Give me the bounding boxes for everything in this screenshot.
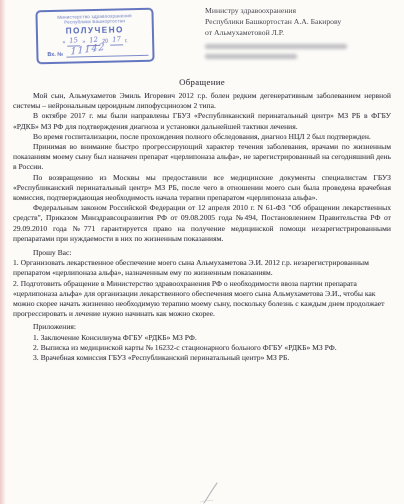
attachment-item: 3. Врачебная комиссия ГБУЗ «Республиканс… (13, 353, 391, 363)
stamp-handwritten-year: 17 (112, 36, 122, 43)
stamp-in-label: Вх. № (47, 52, 63, 58)
signature-stroke (186, 482, 246, 504)
body-paragraph: В октябре 2017 г. мы были направлены ГБУ… (13, 111, 391, 131)
body-paragraph: Принимая во внимание быстро прогрессирую… (13, 142, 391, 173)
attachment-item: 1. Заключение Консилиума ФГБУ «РДКБ» МЗ … (13, 333, 391, 343)
recipient-block: Министру здравоохранения Республики Башк… (205, 5, 347, 59)
received-stamp: Министерство здравоохранения Республики … (35, 8, 154, 64)
recipient-line1: Министру здравоохранения (205, 5, 347, 16)
request-item: 2. Подготовить обращение в Министерство … (13, 279, 391, 320)
attachment-item: 2. Выписка из медицинской карты № 16232-… (13, 343, 391, 353)
scan-edge-artifact (0, 0, 6, 504)
stamp-received-label: ПОЛУЧЕНО (42, 25, 148, 36)
stamp-number-row: Вх. № 11142 (42, 47, 148, 58)
letter-body: Мой сын, Альмухаметов Эмиль Игоревич 201… (13, 91, 391, 363)
body-paragraph: Федеральным законом Российской Федерации… (13, 203, 391, 244)
body-paragraph: По возвращению из Москвы мы предоставили… (13, 173, 391, 204)
body-paragraph: Во время госпитализации, после прохожден… (13, 132, 391, 142)
letter-title: Обращение (0, 77, 404, 87)
request-item: 1. Организовать лекарственное обеспечени… (13, 258, 391, 278)
redacted-contact-line (205, 54, 297, 59)
stamp-handwritten-day: 15 (69, 37, 79, 44)
recipient-line3: от Альмухаметовой Л.Р. (205, 27, 347, 38)
redacted-address-line (205, 44, 347, 49)
attachments-label: Приложения: (13, 322, 391, 332)
body-paragraph: Мой сын, Альмухаметов Эмиль Игоревич 201… (13, 91, 391, 111)
recipient-line2: Республики Башкортостан А.А. Бакирову (205, 16, 347, 27)
scanned-letter-page: Министерство здравоохранения Республики … (0, 0, 404, 504)
stamp-year-suffix: г. (125, 38, 128, 45)
stamp-open-quote: « (62, 39, 65, 46)
request-intro: Прошу Вас: (13, 248, 391, 258)
